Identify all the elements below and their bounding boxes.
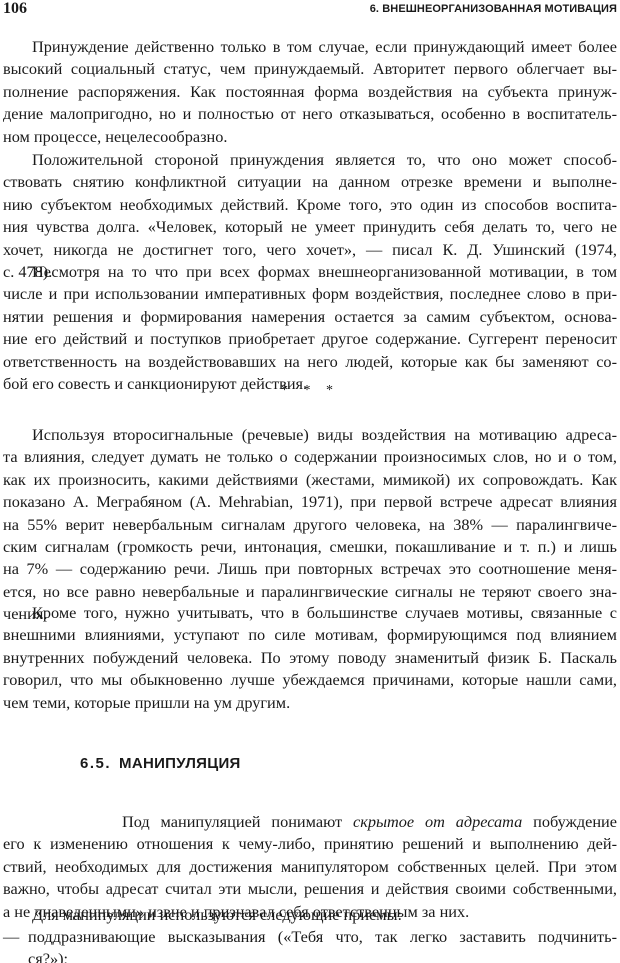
text-line: высокий социальный статус, чем принуждае… (3, 58, 617, 80)
text-line: Принуждение действенно только в том случ… (3, 36, 617, 58)
text-line: ствовать снятию конфликтной ситуации на … (3, 171, 617, 193)
page-number: 106 (3, 0, 27, 18)
text-line: та влияния, следует думать не только о с… (3, 446, 617, 468)
text-line: ответственность на воздействовавших на н… (3, 351, 617, 373)
text-run: побуждение (522, 812, 617, 831)
running-head: 106 6. ВНЕШНЕОРГАНИЗОВАННАЯ МОТИВАЦИЯ (3, 0, 617, 20)
text-line: как их произносить, какими действиями (ж… (3, 469, 617, 491)
paragraph-verbal-influence: Используя второсигнальные (речевые) виды… (3, 424, 617, 626)
paragraph-external-motivation: Несмотря на то что при всех формах внешн… (3, 261, 617, 395)
text-line: ние его действий и поступков приобретает… (3, 328, 617, 350)
text-line: нию субъектом необходимых действий. Кром… (3, 194, 617, 216)
paragraph-coercion-status: Принуждение действенно только в том случ… (3, 36, 617, 148)
text-line: Используя второсигнальные (речевые) виды… (3, 424, 617, 446)
chapter-title: 6. ВНЕШНЕОРГАНИЗОВАННАЯ МОТИВАЦИЯ (370, 3, 617, 15)
text-line: хочет, никогда не достигнет того, чего х… (3, 239, 617, 261)
text-line: говорил, что мы обыкновенно лучше убежда… (3, 669, 617, 691)
text-line: ским сигналам (громкость речи, интонация… (3, 536, 617, 558)
emphasis-hidden-from-addressee: скрытое от адресата (353, 812, 522, 831)
text-line: показано А. Меграбяном (A. Mehrabian, 19… (3, 491, 617, 513)
section-title: МАНИПУЛЯЦИЯ (119, 755, 241, 772)
paragraph-techniques-intro: Для манипуляции используются следующие п… (3, 904, 617, 926)
text-line: ном процессе, нецелесообразно. (3, 126, 617, 148)
text-line: ся?»); (28, 948, 617, 963)
text-line: ется, но все равно невербальные и парали… (3, 581, 617, 603)
book-page: 106 6. ВНЕШНЕОРГАНИЗОВАННАЯ МОТИВАЦИЯ Пр… (0, 0, 620, 963)
text-line: полнение распоряжения. Как постоянная фо… (3, 81, 617, 103)
text-line: внешними влияниями, уступают по силе мот… (3, 624, 617, 646)
list-dash: — (3, 926, 19, 948)
list-item: — поддразнивающие высказывания («Тебя чт… (3, 926, 617, 963)
text-line: ния чувства долга. «Человек, который не … (3, 216, 617, 238)
text-line: Под манипуляцией понимают скрытое от адр… (3, 811, 617, 833)
text-line: на 55% верит невербальным сигналам друго… (3, 514, 617, 536)
text-line: числе и при использовании императивных ф… (3, 283, 617, 305)
text-line: чем теми, которые пришли на ум другим. (3, 692, 617, 714)
text-line: поддразнивающие высказывания («Тебя что,… (28, 926, 617, 948)
text-run: Под манипуляцией понимают (122, 812, 353, 831)
section-heading: 6.5.МАНИПУЛЯЦИЯ (80, 755, 241, 772)
paragraph-pascal: Кроме того, нужно учитывать, что в больш… (3, 602, 617, 714)
text-line: нятии решения и формирования намерения о… (3, 306, 617, 328)
text-line: на 7% — содержанию речи. Лишь при повтор… (3, 558, 617, 580)
text-line: внутренних побуждений человека. По этому… (3, 647, 617, 669)
text-line: дение малопригодно, но и полностью от не… (3, 103, 617, 125)
text-line: Для манипуляции используются следующие п… (3, 904, 617, 926)
text-line: Положительной стороной принуждения являе… (3, 149, 617, 171)
text-line: Несмотря на то что при всех формах внешн… (3, 261, 617, 283)
text-line: Кроме того, нужно учитывать, что в больш… (3, 602, 617, 624)
text-line: его к изменению отношения к чему-либо, п… (3, 833, 617, 855)
section-separator: * * * (0, 383, 620, 399)
text-line: ствий, необходимых для достижения манипу… (3, 856, 617, 878)
section-number: 6.5. (80, 755, 111, 772)
text-line: важно, чтобы адресат считал эти мысли, р… (3, 878, 617, 900)
